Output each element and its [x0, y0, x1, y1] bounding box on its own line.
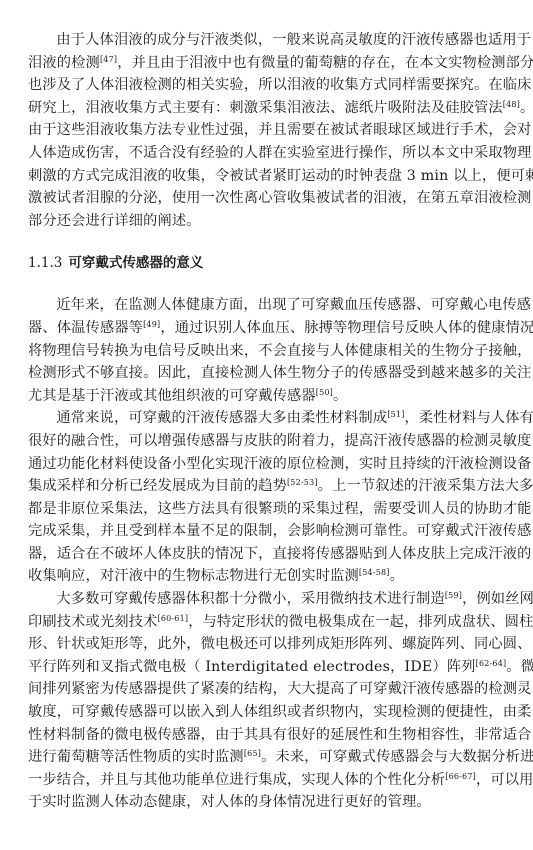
line-text-after: ，通过识别人体血压、脉搏等物理信号反映人体的健康情况， — [160, 320, 533, 336]
text-line: 泪液的检测[47]，并且由于泪液中也有微量的葡萄糖的存在，在本文实物检测部分 — [28, 52, 506, 75]
line-text: 集成采样和分析已经发展成为目前的趋势 — [28, 478, 287, 494]
citation-ref: [54-58] — [359, 568, 390, 577]
citation-ref: [60-61] — [158, 614, 189, 623]
document-page: 由于人体泪液的成分与汗液类似，一般来说高灵敏度的汗液传感器也适用于泪液的检测[4… — [28, 29, 506, 814]
section-number: 1.1.3 — [28, 255, 62, 271]
text-line: 尤其是基于汗液或其他组织液的可穿戴传感器[50]。 — [28, 385, 506, 408]
line-text: 都是非原位采集法，这些方法具有很繁琐的采集过程，需要受训人员的协助才能 — [28, 501, 532, 517]
line-text: 将物理信号转换为电信号反映出来，不会直接与人体健康相关的生物分子接触， — [28, 343, 532, 359]
text-line: 研究上，泪液收集方式主要有：刺激采集泪液法、滤纸片吸附法及硅胶管法[48]。 — [28, 97, 506, 120]
paragraph-wearable-health: 近年来，在监测人体健康方面，出现了可穿戴血压传感器、可穿戴心电传感器、体温传感器… — [28, 294, 506, 407]
text-line: 激被试者泪腺的分泌，使用一次性离心管收集被试者的泪液，在第五章泪液检测 — [28, 187, 506, 210]
line-text-after: 。未来，可穿戴式传感器会与大数据分析进 — [261, 749, 533, 765]
text-line: 敏度，可穿戴传感器可以嵌入到人体组织或者织物内，实现检测的便捷性，由柔 — [28, 701, 506, 724]
line-text: 由于人体泪液的成分与汗液类似，一般来说高灵敏度的汗液传感器也适用于 — [56, 32, 531, 48]
line-text-after: ，与特定形状的微电极集成在一起，排列成盘状、圆柱 — [188, 614, 533, 630]
line-text: 泪液的检测 — [28, 55, 100, 71]
text-line: 形、针状或矩形等，此外，微电极还可以排列成矩形阵列、螺旋阵列、同心圆、 — [28, 633, 506, 656]
line-text: 也涉及了人体泪液检测的相关实验，所以泪液的收集方式同样需要探究。在临床 — [28, 77, 532, 93]
text-line: 印刷技术或光刻技术[60-61]，与特定形状的微电极集成在一起，排列成盘状、圆柱 — [28, 611, 506, 634]
citation-ref: [65] — [244, 749, 261, 758]
line-text: 一步结合，并且与其他功能单位进行集成，实现人体的个性化分析 — [28, 772, 445, 788]
line-text: 器、体温传感器等 — [28, 320, 143, 336]
text-line: 收集响应，对汗液中的生物标志物进行无创实时监测[54-58]。 — [28, 565, 506, 588]
paragraph-tear-collection: 由于人体泪液的成分与汗液类似，一般来说高灵敏度的汗液传感器也适用于泪液的检测[4… — [28, 29, 506, 232]
citation-ref: [50] — [316, 388, 333, 397]
text-line: 大多数可穿戴传感器体积都十分微小，采用微纳技术进行制造[59]，例如丝网 — [28, 588, 506, 611]
text-line: 通过功能化材料使设备小型化实现汗液的原位检测，实时且持续的汗液检测设备 — [28, 453, 506, 476]
line-text: 大多数可穿戴传感器体积都十分微小，采用微纳技术进行制造 — [56, 591, 444, 607]
paragraph-sweat-sensors: 通常来说，可穿戴的汗液传感器大多由柔性材料制成[51]，柔性材料与人体有很好的融… — [28, 407, 506, 588]
line-text: 部分还会进行详细的阐述。 — [28, 213, 201, 229]
line-text: 性材料制备的微电极传感器，由于其具有很好的延展性和生物相容性，非常适合 — [28, 727, 532, 743]
line-text-after: ，柔性材料与人体有 — [405, 410, 533, 426]
line-text: 收集响应，对汗液中的生物标志物进行无创实时监测 — [28, 568, 359, 584]
text-line: 由于这些泪液收集方法专业性过强，并且需要在被试者眼球区域进行手术，会对 — [28, 119, 506, 142]
text-line: 集成采样和分析已经发展成为目前的趋势[52-53]。上一节叙述的汗液采集方法大多 — [28, 475, 506, 498]
line-text: 近年来，在监测人体健康方面，出现了可穿戴血压传感器、可穿戴心电传感 — [56, 297, 531, 313]
citation-ref: [47] — [100, 55, 117, 64]
text-line: 器、体温传感器等[49]，通过识别人体血压、脉搏等物理信号反映人体的健康情况， — [28, 317, 506, 340]
text-line: 将物理信号转换为电信号反映出来，不会直接与人体健康相关的生物分子接触， — [28, 340, 506, 363]
line-text-after: 。 — [390, 568, 404, 584]
text-line: 于实时监测人体动态健康，对人体的身体情况进行更好的管理。 — [28, 791, 506, 814]
line-text: 研究上，泪液收集方式主要有：刺激采集泪液法、滤纸片吸附法及硅胶管法 — [28, 100, 503, 116]
line-text: 形、针状或矩形等，此外，微电极还可以排列成矩形阵列、螺旋阵列、同心圆、 — [28, 636, 532, 652]
line-text: 器，适合在不破坏人体皮肤的情况下，直接将传感器贴到人体皮肤上完成汗液的 — [28, 546, 532, 562]
line-text: 尤其是基于汗液或其他组织液的可穿戴传感器 — [28, 388, 316, 404]
text-line: 也涉及了人体泪液检测的相关实验，所以泪液的收集方式同样需要探究。在临床 — [28, 74, 506, 97]
line-text: 印刷技术或光刻技术 — [28, 614, 158, 630]
text-line: 近年来，在监测人体健康方面，出现了可穿戴血压传感器、可穿戴心电传感 — [28, 294, 506, 317]
text-line: 性材料制备的微电极传感器，由于其具有很好的延展性和生物相容性，非常适合 — [28, 724, 506, 747]
text-line: 通常来说，可穿戴的汗液传感器大多由柔性材料制成[51]，柔性材料与人体有 — [28, 407, 506, 430]
line-text: 激被试者泪腺的分泌，使用一次性离心管收集被试者的泪液，在第五章泪液检测 — [28, 190, 532, 206]
text-line: 都是非原位采集法，这些方法具有很繁琐的采集过程，需要受训人员的协助才能 — [28, 498, 506, 521]
line-text: 通常来说，可穿戴的汗液传感器大多由柔性材料制成 — [56, 410, 387, 426]
line-text-after: 。 — [520, 100, 533, 116]
text-line: 由于人体泪液的成分与汗液类似，一般来说高灵敏度的汗液传感器也适用于 — [28, 29, 506, 52]
line-text-after: 。微电极之 — [506, 659, 533, 675]
text-line: 器，适合在不破坏人体皮肤的情况下，直接将传感器贴到人体皮肤上完成汗液的 — [28, 543, 506, 566]
line-text-after: ，并且由于泪液中也有微量的葡萄糖的存在，在本文实物检测部分 — [117, 55, 533, 71]
text-line: 很好的融合性，可以增强传感器与皮肤的附着力，提高汗液传感器的检测灵敏度， — [28, 430, 506, 453]
line-text-after: 。 — [333, 388, 347, 404]
line-text: 人体造成伤害，不适合没有经验的人群在实验室进行操作，所以本文中采取物理 — [28, 145, 532, 161]
citation-ref: [66-67] — [445, 772, 476, 781]
line-text: 平行阵列和叉指式微电极（ Interdigitated electrodes，I… — [28, 659, 476, 675]
citation-ref: [48] — [503, 100, 520, 109]
text-line: 进行葡萄糖等活性物质的实时监测[65]。未来，可穿戴式传感器会与大数据分析进 — [28, 746, 506, 769]
section-title: 可穿戴式传感器的意义 — [68, 255, 203, 271]
line-text-after: 。上一节叙述的汗液采集方法大多 — [318, 478, 533, 494]
line-text: 于实时监测人体动态健康，对人体的身体情况进行更好的管理。 — [28, 794, 431, 810]
citation-ref: [62-64] — [476, 659, 507, 668]
line-text: 通过功能化材料使设备小型化实现汗液的原位检测，实时且持续的汗液检测设备 — [28, 456, 532, 472]
text-line: 间排列紧密为传感器提供了紧凑的结构，大大提高了可穿戴汗液传感器的检测灵 — [28, 678, 506, 701]
line-text: 刺激的方式完成泪液的收集，令被试者紧盯运动的时钟表盘 3 min 以上，便可刺 — [28, 168, 533, 184]
line-text: 敏度，可穿戴传感器可以嵌入到人体组织或者织物内，实现检测的便捷性，由柔 — [28, 704, 532, 720]
text-line: 一步结合，并且与其他功能单位进行集成，实现人体的个性化分析[66-67]，可以用 — [28, 769, 506, 792]
text-line: 检测形式不够直接。因此，直接检测人体生物分子的传感器受到越来越多的关注， — [28, 362, 506, 385]
line-text-after: ，例如丝网 — [462, 591, 533, 607]
text-line: 刺激的方式完成泪液的收集，令被试者紧盯运动的时钟表盘 3 min 以上，便可刺 — [28, 165, 506, 188]
citation-ref: [52-53] — [287, 478, 318, 487]
text-line: 平行阵列和叉指式微电极（ Interdigitated electrodes，I… — [28, 656, 506, 679]
paragraph-microelectrodes: 大多数可穿戴传感器体积都十分微小，采用微纳技术进行制造[59]，例如丝网印刷技术… — [28, 588, 506, 814]
line-text-after: ，可以用 — [476, 772, 533, 788]
line-text: 间排列紧密为传感器提供了紧凑的结构，大大提高了可穿戴汗液传感器的检测灵 — [28, 681, 532, 697]
text-line: 部分还会进行详细的阐述。 — [28, 210, 506, 233]
section-heading: 1.1.3可穿戴式传感器的意义 — [28, 252, 506, 274]
citation-ref: [49] — [143, 320, 160, 329]
line-text: 检测形式不够直接。因此，直接检测人体生物分子的传感器受到越来越多的关注， — [28, 365, 533, 381]
citation-ref: [59] — [445, 591, 462, 600]
citation-ref: [51] — [387, 410, 404, 419]
line-text: 完成采集，并且受到样本量不足的限制，会影响检测可靠性。可穿戴式汗液传感 — [28, 523, 532, 539]
line-text: 由于这些泪液收集方法专业性过强，并且需要在被试者眼球区域进行手术，会对 — [28, 122, 532, 138]
text-line: 人体造成伤害，不适合没有经验的人群在实验室进行操作，所以本文中采取物理 — [28, 142, 506, 165]
text-line: 完成采集，并且受到样本量不足的限制，会影响检测可靠性。可穿戴式汗液传感 — [28, 520, 506, 543]
line-text: 很好的融合性，可以增强传感器与皮肤的附着力，提高汗液传感器的检测灵敏度， — [28, 433, 533, 449]
line-text: 进行葡萄糖等活性物质的实时监测 — [28, 749, 244, 765]
